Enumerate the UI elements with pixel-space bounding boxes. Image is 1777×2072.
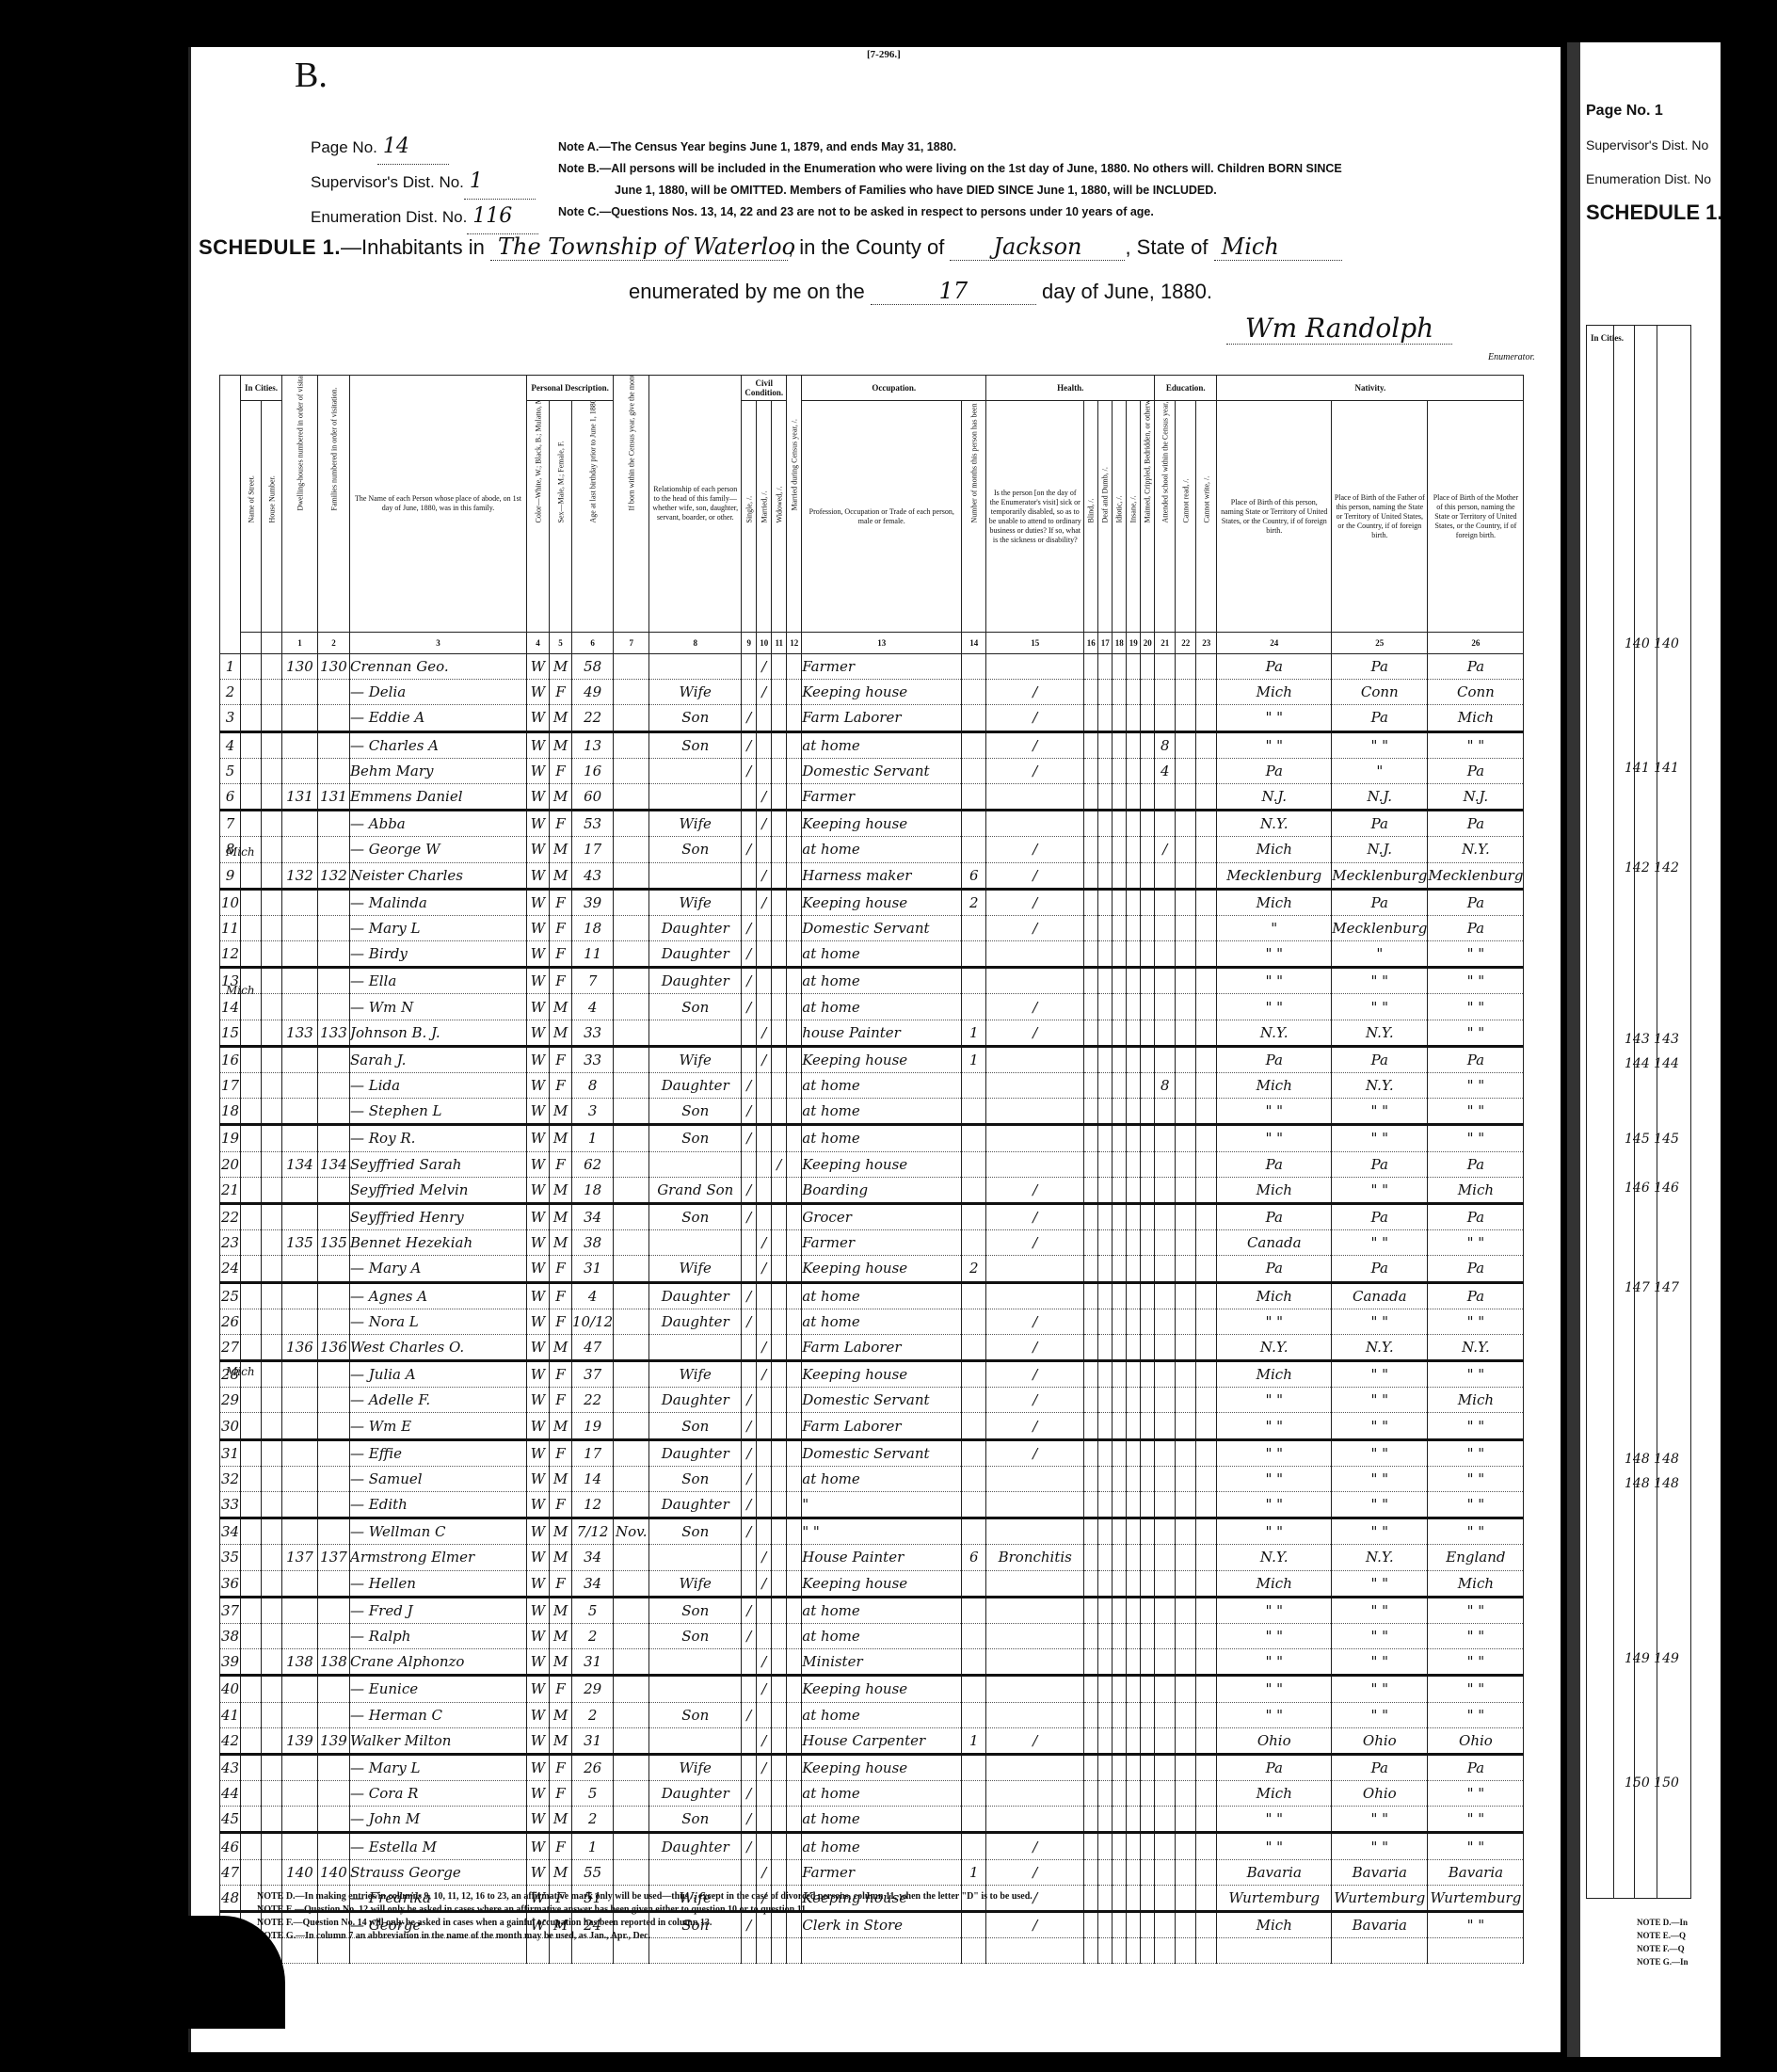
sex-cell: F [550, 1309, 572, 1334]
cannot-write-cell [1196, 1282, 1217, 1309]
age-cell: 31 [572, 1727, 614, 1754]
sickness-cell: / [986, 1203, 1084, 1229]
age-cell: 33 [572, 1046, 614, 1072]
sickness-cell: / [986, 1388, 1084, 1413]
blind-cell [1084, 1727, 1098, 1754]
idiotic-cell [1113, 1073, 1127, 1099]
single-header: Single, /. [742, 401, 757, 633]
dwelling-cell: 130 [282, 654, 318, 680]
widowed-cell [772, 1439, 787, 1466]
father-birthplace-cell: Bavaria [1332, 1912, 1428, 1938]
born-month-cell [614, 889, 649, 915]
relationship-cell: Wife [649, 1256, 742, 1282]
table-row: 43— Mary LWF26Wife/Keeping housePaPaPa [220, 1754, 1524, 1780]
name-cell: — Lida [350, 1073, 527, 1099]
blind-cell [1084, 1859, 1098, 1885]
dwelling-cell [282, 1073, 318, 1099]
supervisor-label: Supervisor's Dist. No. [311, 166, 464, 200]
age-cell: 22 [572, 1388, 614, 1413]
cannot-write-cell [1196, 811, 1217, 837]
sickness-cell [986, 811, 1084, 837]
deaf-cell [1098, 1073, 1113, 1099]
street-cell [241, 1020, 262, 1046]
table-row: 3— Eddie AWM22Son/Farm Laborer/" "PaMich [220, 705, 1524, 731]
line-number: 35 [220, 1545, 241, 1570]
single-cell: / [742, 1807, 757, 1833]
widowed-cell [772, 1125, 787, 1151]
school-cell [1155, 1833, 1176, 1859]
cannot-write-cell [1196, 1676, 1217, 1702]
house-cell [262, 994, 282, 1020]
occupation-cell: Domestic Servant [802, 915, 962, 940]
school-cell [1155, 1439, 1176, 1466]
single-cell [742, 1334, 757, 1360]
married-year-cell [787, 1203, 802, 1229]
sickness-cell: / [986, 837, 1084, 862]
deaf-cell [1098, 1466, 1113, 1491]
dwelling-cell: 131 [282, 783, 318, 810]
maimed-cell [1141, 1466, 1155, 1491]
dwelling-cell [282, 941, 318, 968]
dwelling-cell [282, 731, 318, 758]
insane-cell [1127, 1859, 1141, 1885]
deaf-cell [1098, 758, 1113, 783]
age-cell: 34 [572, 1545, 614, 1570]
color-cell: W [527, 1309, 550, 1334]
married-year-cell [787, 1439, 802, 1466]
col-num: 9 [742, 633, 757, 654]
name-cell: Walker Milton [350, 1727, 527, 1754]
col-num: 23 [1196, 633, 1217, 654]
relationship-cell [649, 1649, 742, 1676]
col-num: 10 [757, 633, 772, 654]
cannot-read-cell [1176, 889, 1196, 915]
mother-birthplace-cell: " " [1428, 731, 1524, 758]
col-num: 14 [962, 633, 986, 654]
sex-cell: F [550, 1046, 572, 1072]
dwelling-cell [282, 1439, 318, 1466]
insane-cell [1127, 1702, 1141, 1727]
maimed-cell [1141, 1151, 1155, 1177]
age-cell: 31 [572, 1649, 614, 1676]
occupation-cell: at home [802, 1282, 962, 1309]
cannot-read-cell [1176, 1466, 1196, 1491]
adjacent-entry: 144 144 [1625, 1056, 1679, 1071]
birthplace-cell: " " [1217, 1597, 1332, 1623]
col-num: 26 [1428, 633, 1524, 654]
insane-cell [1127, 1334, 1141, 1360]
street-cell [241, 731, 262, 758]
cannot-read-cell [1176, 1754, 1196, 1780]
street-cell [241, 1439, 262, 1466]
dwelling-cell [282, 889, 318, 915]
deaf-cell [1098, 1597, 1113, 1623]
dwelling-cell [282, 1361, 318, 1388]
occupation-cell: Keeping house [802, 1256, 962, 1282]
birthplace-cell: Pa [1217, 758, 1332, 783]
cannot-write-cell [1196, 1649, 1217, 1676]
house-cell [262, 1439, 282, 1466]
age-cell: 58 [572, 654, 614, 680]
widowed-header: Widowed, /. [772, 401, 787, 633]
blind-cell [1084, 1099, 1098, 1125]
col-num: 3 [350, 633, 527, 654]
cannot-read-cell [1176, 1125, 1196, 1151]
mother-birthplace-cell: " " [1428, 1912, 1524, 1938]
mother-birthplace-cell: " " [1428, 1702, 1524, 1727]
married-cell [757, 994, 772, 1020]
adjacent-entry: 148 148 [1625, 1476, 1679, 1491]
family-cell [318, 1361, 350, 1388]
color-cell: W [527, 862, 550, 889]
age-cell: 53 [572, 811, 614, 837]
unemployed-cell [962, 1439, 986, 1466]
relationship-cell: Daughter [649, 941, 742, 968]
mother-birthplace-cell: " " [1428, 968, 1524, 994]
maimed-cell [1141, 1727, 1155, 1754]
relationship-cell: Daughter [649, 968, 742, 994]
father-birthplace-cell: " " [1332, 1702, 1428, 1727]
family-cell [318, 1676, 350, 1702]
sex-cell: M [550, 1099, 572, 1125]
idiotic-cell [1113, 1702, 1127, 1727]
married-cell: / [757, 1334, 772, 1360]
deaf-cell [1098, 862, 1113, 889]
blind-cell [1084, 1754, 1098, 1780]
birthplace-cell: N.Y. [1217, 1334, 1332, 1360]
widowed-cell [772, 1413, 787, 1439]
maimed-cell [1141, 1413, 1155, 1439]
maimed-cell [1141, 1177, 1155, 1203]
sex-cell: F [550, 889, 572, 915]
school-cell [1155, 1466, 1176, 1491]
cannot-read-cell [1176, 968, 1196, 994]
age-cell: 3 [572, 1099, 614, 1125]
father-birthplace-cell: Pa [1332, 1046, 1428, 1072]
deaf-cell [1098, 915, 1113, 940]
line-number: 19 [220, 1125, 241, 1151]
birthplace-cell: " " [1217, 1492, 1332, 1518]
insane-cell [1127, 1203, 1141, 1229]
sickness-cell: / [986, 1020, 1084, 1046]
father-birthplace-cell: " " [1332, 1099, 1428, 1125]
line-number: 42 [220, 1727, 241, 1754]
maimed-cell [1141, 1754, 1155, 1780]
cannot-write-cell [1196, 1885, 1217, 1911]
married-year-cell [787, 1413, 802, 1439]
married-year-cell [787, 654, 802, 680]
deaf-cell [1098, 654, 1113, 680]
single-cell: / [742, 1492, 757, 1518]
deaf-cell [1098, 1570, 1113, 1597]
widowed-cell [772, 1256, 787, 1282]
single-cell [742, 1545, 757, 1570]
single-cell: / [742, 705, 757, 731]
unemployed-cell: 1 [962, 1046, 986, 1072]
father-birthplace-cell: Pa [1332, 1754, 1428, 1780]
born-month-cell [614, 1125, 649, 1151]
birthplace-cell: Ohio [1217, 1727, 1332, 1754]
father-birthplace-cell: " " [1332, 1597, 1428, 1623]
dwelling-cell: 133 [282, 1020, 318, 1046]
header-notes: Note A.—The Census Year begins June 1, 1… [558, 137, 1546, 223]
father-birthplace-cell: Bavaria [1332, 1859, 1428, 1885]
insane-cell [1127, 1309, 1141, 1334]
cannot-read-cell [1176, 915, 1196, 940]
family-cell [318, 1754, 350, 1780]
col-num: 8 [649, 633, 742, 654]
insane-cell [1127, 1099, 1141, 1125]
single-cell [742, 811, 757, 837]
father-birthplace-cell: Mecklenburg [1332, 862, 1428, 889]
sex-cell: F [550, 941, 572, 968]
adjacent-entry: 140 140 [1625, 636, 1679, 651]
cannot-write-cell [1196, 1781, 1217, 1807]
birthplace-cell: " [1217, 915, 1332, 940]
color-cell: W [527, 1413, 550, 1439]
married-cell [757, 1833, 772, 1859]
insane-cell [1127, 1807, 1141, 1833]
adjacent-entry: 142 142 [1625, 860, 1679, 875]
married-year-cell [787, 1151, 802, 1177]
table-row: 44— Cora RWF5Daughter/at homeMichOhio" " [220, 1781, 1524, 1807]
unemployed-cell [962, 1203, 986, 1229]
father-birthplace-cell: N.Y. [1332, 1334, 1428, 1360]
widowed-cell [772, 654, 787, 680]
occupation-cell: Keeping house [802, 811, 962, 837]
cannot-read-cell [1176, 1545, 1196, 1570]
insane-cell [1127, 968, 1141, 994]
sex-cell: M [550, 1545, 572, 1570]
blind-cell [1084, 1518, 1098, 1545]
born-month-cell [614, 837, 649, 862]
dwelling-cell: 137 [282, 1545, 318, 1570]
color-cell: W [527, 1727, 550, 1754]
line-number: 3 [220, 705, 241, 731]
dwelling-cell [282, 1807, 318, 1833]
father-birthplace-cell: " [1332, 758, 1428, 783]
note-e: NOTE E.—Question No. 12 will only be ask… [257, 1903, 1033, 1917]
occupation-cell: at home [802, 1623, 962, 1648]
father-birthplace-cell: " " [1332, 1388, 1428, 1413]
widowed-cell [772, 680, 787, 705]
unemployed-cell [962, 968, 986, 994]
deaf-cell [1098, 1413, 1113, 1439]
adjacent-header-fields: Page No. 1 Supervisor's Dist. No Enumera… [1586, 94, 1722, 230]
widowed-cell [772, 1073, 787, 1099]
insane-cell [1127, 1676, 1141, 1702]
sickness-cell [986, 941, 1084, 968]
married-year-cell [787, 1073, 802, 1099]
idiotic-cell [1113, 1282, 1127, 1309]
school-cell [1155, 1570, 1176, 1597]
birthplace-cell: Pa [1217, 1151, 1332, 1177]
dwelling-cell [282, 837, 318, 862]
cannot-write-cell [1196, 1859, 1217, 1885]
note-a: Note A.—The Census Year begins June 1, 1… [558, 137, 1546, 158]
name-cell: — Eunice [350, 1676, 527, 1702]
table-row: 45— John MWM2Son/at home" "" "" " [220, 1807, 1524, 1833]
deaf-cell [1098, 1334, 1113, 1360]
insane-cell [1127, 862, 1141, 889]
born-month-cell [614, 1230, 649, 1256]
line-number: 4 [220, 731, 241, 758]
age-cell: 29 [572, 1676, 614, 1702]
blind-cell [1084, 1545, 1098, 1570]
deaf-cell [1098, 968, 1113, 994]
blind-cell [1084, 654, 1098, 680]
blind-cell [1084, 1020, 1098, 1046]
adjacent-entry: 143 143 [1625, 1032, 1679, 1047]
school-cell [1155, 1020, 1176, 1046]
married-year-cell [787, 1046, 802, 1072]
column-numbers-row: 1 2 3 4 5 6 7 8 9 10 11 12 13 14 15 16 1… [220, 633, 1524, 654]
father-birthplace-cell: " " [1332, 1649, 1428, 1676]
color-cell: W [527, 1676, 550, 1702]
school-cell: 8 [1155, 731, 1176, 758]
street-cell [241, 1073, 262, 1099]
street-cell [241, 1125, 262, 1151]
age-cell: 5 [572, 1597, 614, 1623]
age-cell: 18 [572, 1177, 614, 1203]
sickness-cell [986, 1807, 1084, 1833]
unemployed-cell [962, 1073, 986, 1099]
born-month-cell [614, 1413, 649, 1439]
street-cell [241, 1807, 262, 1833]
name-cell: — Samuel [350, 1466, 527, 1491]
color-cell: W [527, 731, 550, 758]
school-cell [1155, 1859, 1176, 1885]
father-birthplace-cell: N.J. [1332, 783, 1428, 810]
insane-cell [1127, 1518, 1141, 1545]
table-row: 20134134Seyffried SarahWF62/Keeping hous… [220, 1151, 1524, 1177]
insane-cell [1127, 705, 1141, 731]
house-cell [262, 680, 282, 705]
married-cell [757, 1073, 772, 1099]
family-cell [318, 1282, 350, 1309]
relationship-cell: Daughter [649, 1388, 742, 1413]
house-cell [262, 1676, 282, 1702]
color-cell: W [527, 705, 550, 731]
sex-cell: M [550, 1466, 572, 1491]
insane-cell [1127, 1230, 1141, 1256]
married-cell: / [757, 680, 772, 705]
family-cell [318, 968, 350, 994]
cannot-write-cell [1196, 889, 1217, 915]
sex-cell: M [550, 862, 572, 889]
school-cell [1155, 1597, 1176, 1623]
idiotic-cell [1113, 862, 1127, 889]
birthplace-cell: Canada [1217, 1230, 1332, 1256]
idiotic-cell [1113, 811, 1127, 837]
blind-cell [1084, 1807, 1098, 1833]
idiotic-cell [1113, 1492, 1127, 1518]
maimed-cell [1141, 1492, 1155, 1518]
insane-cell [1127, 1282, 1141, 1309]
birthplace-cell: " " [1217, 1309, 1332, 1334]
street-cell [241, 889, 262, 915]
married-cell: / [757, 1046, 772, 1072]
family-cell [318, 1781, 350, 1807]
dwelling-cell [282, 1597, 318, 1623]
born-month-cell [614, 1388, 649, 1413]
mother-birthplace-cell: " " [1428, 941, 1524, 968]
idiotic-cell [1113, 1518, 1127, 1545]
married-cell [757, 915, 772, 940]
house-cell [262, 731, 282, 758]
school-cell [1155, 1361, 1176, 1388]
blind-cell [1084, 1046, 1098, 1072]
occupation-cell: Farm Laborer [802, 1334, 962, 1360]
table-row: 10— MalindaWF39Wife/Keeping house2/MichP… [220, 889, 1524, 915]
col-num [241, 633, 262, 654]
married-year-cell [787, 1623, 802, 1648]
deaf-cell [1098, 680, 1113, 705]
blind-cell [1084, 1309, 1098, 1334]
cannot-write-cell [1196, 680, 1217, 705]
married-cell: / [757, 1727, 772, 1754]
birthplace-cell: Pa [1217, 1754, 1332, 1780]
married-year-cell [787, 1230, 802, 1256]
profession-header: Profession, Occupation or Trade of each … [802, 401, 962, 633]
color-cell: W [527, 1439, 550, 1466]
married-cell [757, 705, 772, 731]
deaf-cell [1098, 1859, 1113, 1885]
note-b-cont: June 1, 1880, will be OMITTED. Members o… [558, 180, 1546, 201]
cannot-write-cell [1196, 1754, 1217, 1780]
table-row: 12— BirdyWF11Daughter/at home" """ " [220, 941, 1524, 968]
insane-cell [1127, 680, 1141, 705]
family-cell [318, 1623, 350, 1648]
adjacent-supervisor-label: Supervisor's Dist. No [1586, 128, 1722, 162]
unemployed-cell [962, 1309, 986, 1334]
cannot-write-cell [1196, 994, 1217, 1020]
house-cell [262, 862, 282, 889]
house-cell [262, 811, 282, 837]
header-fields: Page No.14 Supervisor's Dist. No.1 Enume… [311, 130, 538, 234]
widowed-cell [772, 1702, 787, 1727]
enumerated-label: enumerated by me on the [629, 280, 865, 303]
birthplace-cell: " " [1217, 731, 1332, 758]
married-year-cell [787, 1099, 802, 1125]
deaf-cell [1098, 1623, 1113, 1648]
school-cell [1155, 1727, 1176, 1754]
relationship-cell: Son [649, 1099, 742, 1125]
day-value: 17 [871, 278, 1036, 305]
age-cell: 37 [572, 1361, 614, 1388]
mother-birthplace-cell: N.J. [1428, 783, 1524, 810]
deaf-header: Deaf and Dumb, /. [1098, 401, 1113, 633]
sex-cell: F [550, 1282, 572, 1309]
father-birthplace-cell: Pa [1332, 1203, 1428, 1229]
blind-cell [1084, 1649, 1098, 1676]
family-cell [318, 1203, 350, 1229]
married-year-cell [787, 1334, 802, 1360]
street-cell [241, 862, 262, 889]
relationship-cell: Son [649, 1702, 742, 1727]
single-cell: / [742, 1099, 757, 1125]
color-cell: W [527, 1230, 550, 1256]
married-year-cell [787, 1727, 802, 1754]
born-month-cell [614, 1676, 649, 1702]
maimed-cell [1141, 1649, 1155, 1676]
single-cell: / [742, 1309, 757, 1334]
deaf-cell [1098, 1649, 1113, 1676]
idiotic-cell [1113, 1361, 1127, 1388]
blind-cell [1084, 1466, 1098, 1491]
mother-birthplace-cell: Pa [1428, 758, 1524, 783]
occupation-cell: house Painter [802, 1020, 962, 1046]
